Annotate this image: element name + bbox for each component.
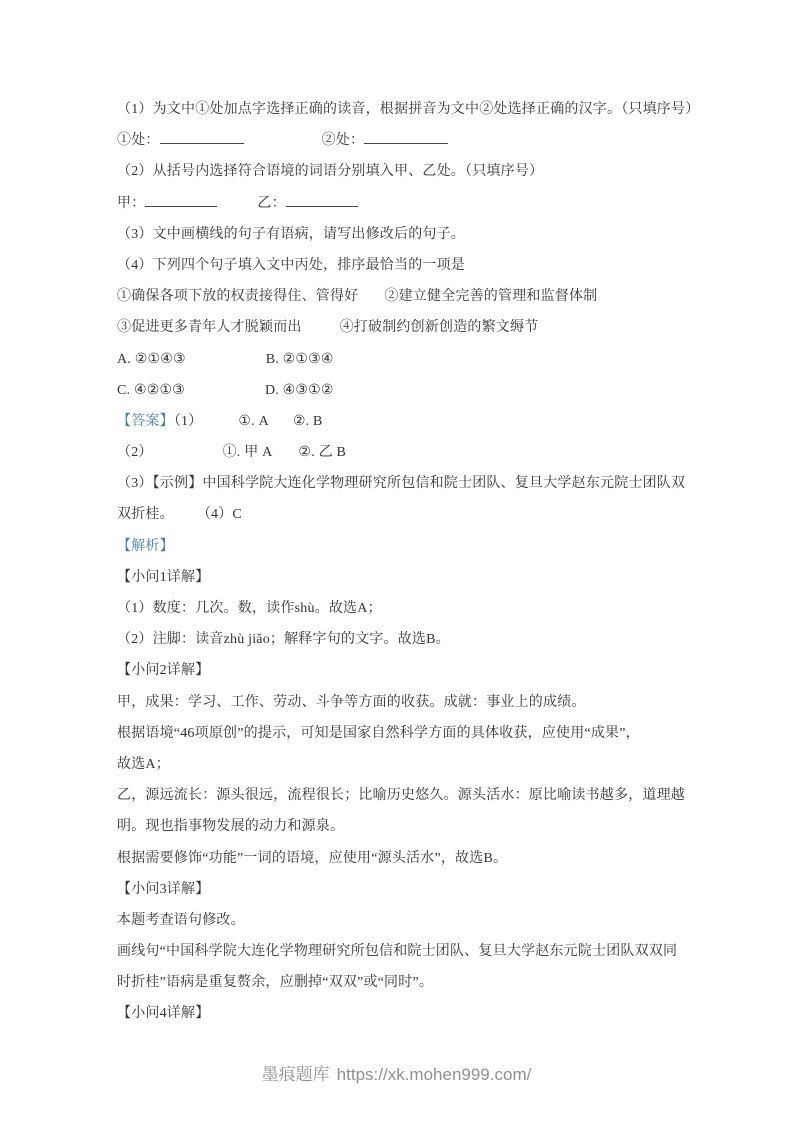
answer-line-1: 【答案】（1）①. A②. B <box>117 406 703 437</box>
sub2-text-1: 甲，成果：学习、工作、劳动、斗争等方面的收获。成就：事业上的成绩。 <box>117 695 586 710</box>
analysis-heading: 【解析】 <box>117 531 703 562</box>
answer-blank-jia <box>145 192 217 207</box>
sub2-text-6: 根据需要修饰“功能”一词的语境，应使用“源头活水”，故选B。 <box>117 851 507 866</box>
question-3-text: （3）文中画横线的句子有语病，请写出修改后的句子。 <box>117 219 703 250</box>
q4-sentences-row-2: ③促进更多青年人才脱颖而出④打破制约创新创造的繁文缛节 <box>117 312 703 343</box>
sub1-line-1: （1）数度：几次。数，读作shù。故选A； <box>117 593 703 624</box>
answer-1-item-2: ②. B <box>293 414 323 429</box>
subquestion-1-heading: 【小问1详解】 <box>117 562 703 593</box>
sub3-text-3: 时折桂”语病是重复赘余，应删掉“双双”或“同时”。 <box>117 975 433 990</box>
question-4-label: （4）下列四个句子填入文中丙处，排序最恰当的一项是 <box>117 258 465 273</box>
exam-document: （1）为文中①处加点字选择正确的读音，根据拼音为文中②处选择正确的汉字。（只填序… <box>117 94 703 1030</box>
sub2-text-4: 乙，源远流长：源头很远，流程很长；比喻历史悠久。源头活水：原比喻读书越多，道理越 <box>117 788 685 803</box>
sub2-text-5: 明。现也指事物发展的动力和源泉。 <box>117 819 344 834</box>
answer-line-2: （2）①. 甲 A②. 乙 B <box>117 437 703 468</box>
sub1-text-1: （1）数度：几次。数，读作shù。故选A； <box>117 601 382 616</box>
answer-blank-1 <box>160 129 244 144</box>
q4-sentence-2: ②建立健全完善的管理和监督体制 <box>384 289 597 304</box>
q4-sentences-row-1: ①确保各项下放的权责接得住、管得好②建立健全完善的管理和监督体制 <box>117 281 703 312</box>
answer-2-prefix: （2） <box>117 445 153 460</box>
answer-1-item-1: ①. A <box>238 414 268 429</box>
q4-sentence-1: ①确保各项下放的权责接得住、管得好 <box>117 289 358 304</box>
subquestion-4-label: 【小问4详解】 <box>117 1006 209 1021</box>
sub2-text-2: 根据语境“46项原创”的提示，可知是国家自然科学方面的具体收获，应使用“成果”， <box>117 726 640 741</box>
choice-c: C. ④②①③ <box>117 383 185 398</box>
blank-yi-label: 乙： <box>257 196 285 211</box>
subquestion-1-label: 【小问1详解】 <box>117 570 209 585</box>
answer-1-prefix: （1） <box>174 414 203 429</box>
sub3-line-2: 画线句“中国科学院大连化学物理研究所包信和院士团队、复旦大学赵东元院士团队双双同 <box>117 936 703 967</box>
blank-2-label: ②处： <box>322 133 365 148</box>
footer: 墨痕题库https://xk.mohen999.com/ <box>0 1063 793 1087</box>
sub3-text-2: 画线句“中国科学院大连化学物理研究所包信和院士团队、复旦大学赵东元院士团队双双同 <box>117 944 677 959</box>
q4-sentence-3: ③促进更多青年人才脱颖而出 <box>117 320 302 335</box>
choice-d: D. ④③①② <box>265 383 334 398</box>
subquestion-4-heading: 【小问4详解】 <box>117 998 703 1029</box>
subquestion-2-heading: 【小问2详解】 <box>117 655 703 686</box>
site-name: 墨痕题库 <box>262 1065 330 1084</box>
q4-choices-row-2: C. ④②①③D. ④③①② <box>117 375 703 406</box>
question-1-text: （1）为文中①处加点字选择正确的读音，根据拼音为文中②处选择正确的汉字。（只填序… <box>117 94 703 125</box>
subquestion-3-heading: 【小问3详解】 <box>117 874 703 905</box>
choice-a: A. ②①④③ <box>117 352 186 367</box>
question-2-blanks-line: 甲：乙： <box>117 188 703 219</box>
sub3-text-1: 本题考查语句修改。 <box>117 913 245 928</box>
blank-1-label: ①处： <box>117 133 160 148</box>
analysis-section-label: 【解析】 <box>117 539 174 554</box>
answer-3-text: （3）【示例】中国科学院大连化学物理研究所包信和院士团队、复旦大学赵东元院士团队… <box>117 476 685 491</box>
question-4-text: （4）下列四个句子填入文中丙处，排序最恰当的一项是 <box>117 250 703 281</box>
answer-3-line-2: 双折桂。（4）C <box>117 499 703 530</box>
subquestion-2-label: 【小问2详解】 <box>117 663 209 678</box>
sub2-line-4: 乙，源远流长：源头很远，流程很长；比喻历史悠久。源头活水：原比喻读书越多，道理越 <box>117 780 703 811</box>
sub1-line-2: （2）注脚：读音zhù jiǎo；解释字句的文字。故选B。 <box>117 624 703 655</box>
q4-choices-row-1: A. ②①④③B. ②①③④ <box>117 344 703 375</box>
sub2-line-3: 故选A； <box>117 749 703 780</box>
choice-b: B. ②①③④ <box>266 352 334 367</box>
sub3-line-1: 本题考查语句修改。 <box>117 905 703 936</box>
answer-3-line-1: （3）【示例】中国科学院大连化学物理研究所包信和院士团队、复旦大学赵东元院士团队… <box>117 468 703 499</box>
sub1-text-2: （2）注脚：读音zhù jiǎo；解释字句的文字。故选B。 <box>117 632 450 647</box>
answer-section-label: 【答案】 <box>117 414 174 429</box>
sub2-line-6: 根据需要修饰“功能”一词的语境，应使用“源头活水”，故选B。 <box>117 843 703 874</box>
sub3-line-3: 时折桂”语病是重复赘余，应删掉“双双”或“同时”。 <box>117 967 703 998</box>
subquestion-3-label: 【小问3详解】 <box>117 882 209 897</box>
sub2-line-5: 明。现也指事物发展的动力和源泉。 <box>117 811 703 842</box>
sub2-text-3: 故选A； <box>117 757 170 772</box>
q4-sentence-4: ④打破制约创新创造的繁文缛节 <box>340 320 539 335</box>
question-1-blanks-line: ①处：②处： <box>117 125 703 156</box>
answer-2-item-1: ①. 甲 A <box>223 445 273 460</box>
sub2-line-2: 根据语境“46项原创”的提示，可知是国家自然科学方面的具体收获，应使用“成果”， <box>117 718 703 749</box>
answer-3-text-wrap: 双折桂。 <box>117 507 174 522</box>
answer-blank-2 <box>364 129 448 144</box>
sub2-line-1: 甲，成果：学习、工作、劳动、斗争等方面的收获。成就：事业上的成绩。 <box>117 687 703 718</box>
question-2-text: （2）从括号内选择符合语境的词语分别填入甲、乙处。（只填序号） <box>117 156 703 187</box>
answer-4: （4）C <box>204 507 242 522</box>
question-2-label: （2）从括号内选择符合语境的词语分别填入甲、乙处。（只填序号） <box>117 164 543 179</box>
answer-blank-yi <box>286 192 358 207</box>
blank-jia-label: 甲： <box>117 196 145 211</box>
site-url: https://xk.mohen999.com/ <box>337 1065 532 1084</box>
question-1-label: （1）为文中①处加点字选择正确的读音，根据拼音为文中②处选择正确的汉字。（只填序… <box>117 102 699 117</box>
question-3-label: （3）文中画横线的句子有语病，请写出修改后的句子。 <box>117 227 465 242</box>
answer-2-item-2: ②. 乙 B <box>298 445 346 460</box>
